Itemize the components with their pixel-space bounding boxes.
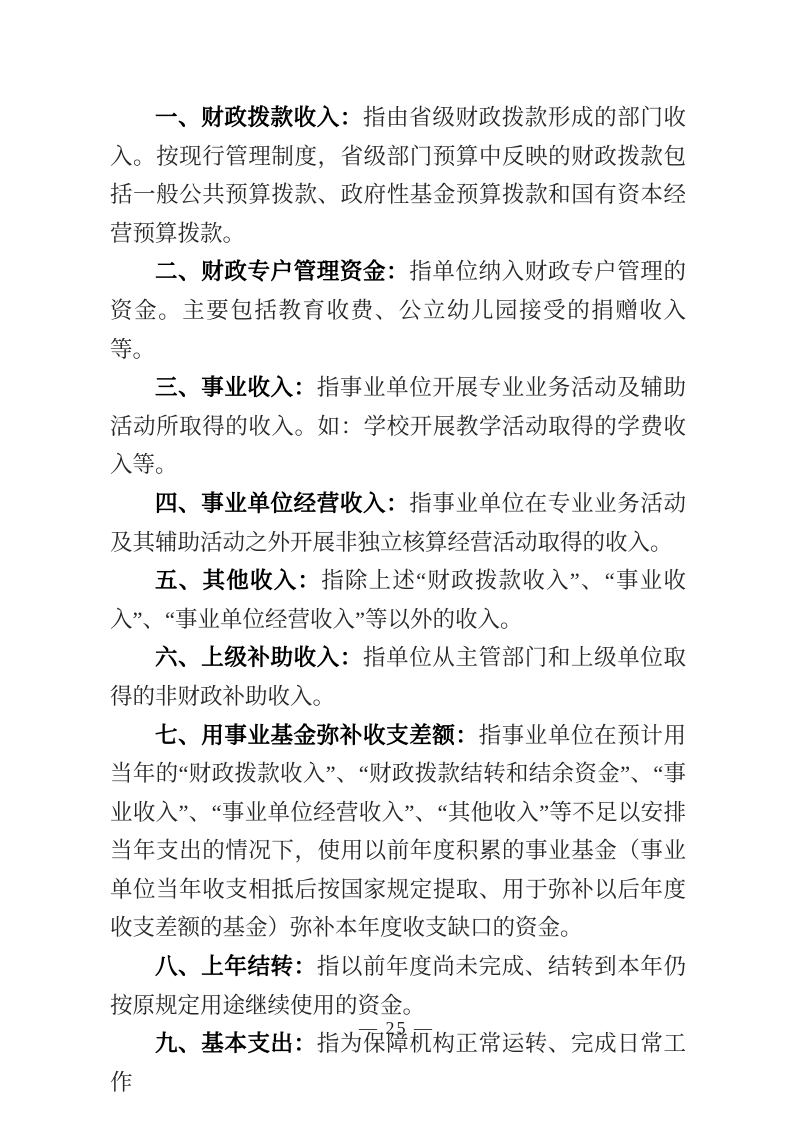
document-page: 一、财政拨款收入：指由省级财政拨款形成的部门收入。按现行管理制度，省级部门预算中… (0, 0, 793, 1122)
glossary-paragraph: 二、财政专户管理资金：指单位纳入财政专户管理的资金。主要包括教育收费、公立幼儿园… (110, 253, 686, 369)
term-label: 八、上年结转： (155, 954, 317, 979)
term-label: 五、其他收入： (155, 568, 321, 593)
definition-text: 指事业单位在预计用当年的“财政拨款收入”、“财政拨款结转和结余资金”、“事业收入… (110, 723, 686, 941)
glossary-paragraph: 六、上级补助收入：指单位从主管部门和上级单位取得的非财政补助收入。 (110, 639, 686, 716)
glossary-paragraph: 七、用事业基金弥补收支差额：指事业单位在预计用当年的“财政拨款收入”、“财政拨款… (110, 717, 686, 949)
term-label: 六、上级补助收入： (155, 645, 363, 670)
document-body: 一、财政拨款收入：指由省级财政拨款形成的部门收入。按现行管理制度，省级部门预算中… (110, 99, 686, 1102)
glossary-paragraph: 四、事业单位经营收入：指事业单位在专业业务活动及其辅助活动之外开展非独立核算经营… (110, 485, 686, 562)
term-label: 二、财政专户管理资金： (155, 259, 409, 284)
page-number: — 25 — (0, 1018, 793, 1039)
glossary-paragraph: 一、财政拨款收入：指由省级财政拨款形成的部门收入。按现行管理制度，省级部门预算中… (110, 99, 686, 253)
term-label: 一、财政拨款收入： (155, 105, 363, 130)
glossary-paragraph: 三、事业收入：指事业单位开展专业业务活动及辅助活动所取得的收入。如：学校开展教学… (110, 369, 686, 485)
term-label: 七、用事业基金弥补收支差额： (155, 723, 479, 748)
term-label: 三、事业收入： (155, 375, 317, 400)
glossary-paragraph: 八、上年结转：指以前年度尚未完成、结转到本年仍按原规定用途继续使用的资金。 (110, 948, 686, 1025)
term-label: 四、事业单位经营收入： (155, 491, 409, 516)
glossary-paragraph: 五、其他收入：指除上述“财政拨款收入”、“事业收入”、“事业单位经营收入”等以外… (110, 562, 686, 639)
